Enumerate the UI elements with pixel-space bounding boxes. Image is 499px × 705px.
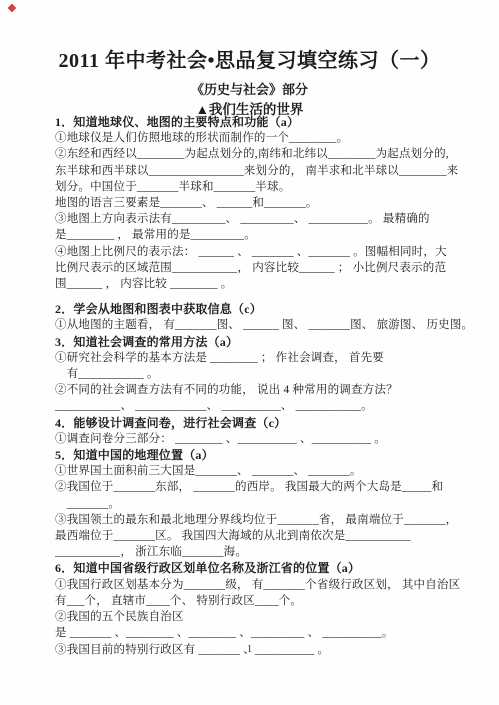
question-text-line: ①我国行政区划基本分为_______级， 有_______个省级行政区划， 其中… [55,577,455,593]
question-heading: 5．知道中国的地理位置（a） [55,447,455,463]
question-text-line: ①研究社会科学的基本方法是 ________ ； 作社会调查， 首先要 [55,350,455,366]
question-text-line: ①地球仪是人们仿照地球的形状而制作的一个________。 [55,130,455,146]
page-title: 2011 年中考社会•思品复习填空练习（一） [0,44,499,73]
line-spacer [55,292,455,301]
question-heading: 6．知道中国省级行政区划单位名称及浙江省的位置（a） [55,560,455,576]
question-text-line: ③地图上方向表示法有_________、 _________、 ________… [55,211,455,227]
corner-stamp-glyph: ❖ [7,4,21,15]
question-text-line: ②我国位于_______东部， _______的西岸。 我国最大的两个大岛是__… [55,479,455,495]
question-text-line: ___________、 ____________、 __________、 _… [55,398,455,414]
question-text-line: ___________， 浙江东临_______海。 [55,544,455,560]
question-text-line: 有___________ 。 [55,366,455,382]
question-text-line: 地图的语言三要素是_______、 ______和_______。 [55,195,455,211]
question-text-line: _______。 [55,496,455,512]
question-heading: 3．知道社会调查的常用方法（a） [55,334,455,350]
question-text-line: ①世界国土面积前三大国是_______、 _______、 _______。 [55,463,455,479]
worksheet-body: 1．知道地球仪、地图的主要特点和功能（a）①地球仪是人们仿照地球的形状而制作的一… [55,114,455,658]
question-text-line: ②不同的社会调查方法有不同的功能， 说出 4 种常用的调查方法？ [55,382,455,398]
question-text-line: ①调查问卷分三部分： ________ 、__________ 、_______… [55,431,455,447]
question-text-line: 围______ ， 内容比较 ________ 。 [55,276,455,292]
question-heading: 1．知道地球仪、地图的主要特点和功能（a） [55,114,455,130]
question-text-line: 比例尺表示的区域范围___________， 内容比较______ ； 小比例尺… [55,260,455,276]
question-text-line: ②东经和西经以________为起点划分的,南纬和北纬以________为起点划… [55,146,455,162]
question-text-line: 划分。中国位于_______半球和_______半球。 [55,179,455,195]
question-text-line: ④地图上比例尺的表示法： ______ 、 _______ 、_______ 。… [55,244,455,260]
question-heading: 2．学会从地图和图表中获取信息（c） [55,301,455,317]
page-number: 1 [0,643,499,655]
question-heading: 4．能够设计调查问卷，进行社会调查（c） [55,415,455,431]
question-text-line: 是 _______ 、________ 、________ 、_________… [55,625,455,641]
corner-stamp-icon: ❖ [7,4,21,15]
page-subtitle: 《历史与社会》部分 [0,79,499,98]
question-text-line: 有___个， 直辖市____个、 特别行政区____个。 [55,593,455,609]
question-text-line: ①从地图的主题看， 有_______图、 ______ 图、 _______图、… [55,317,455,333]
question-text-line: 东半球和西半球以________________来划分的， 南半求和北半球以__… [55,163,455,179]
document-page: ❖ 2011 年中考社会•思品复习填空练习（一） 《历史与社会》部分 ▲我们生活… [0,0,499,705]
question-text-line: ③我国领土的最东和最北地理分界线均位于_______省， 最南端位于______… [55,512,455,528]
question-text-line: ②我国的五个民族自治区 [55,609,455,625]
question-text-line: 是________ ， 最常用的是_________。 [55,227,455,243]
question-text-line: 最西端位于_______区。 我国四大海域的从北到南依次是___________ [55,528,455,544]
